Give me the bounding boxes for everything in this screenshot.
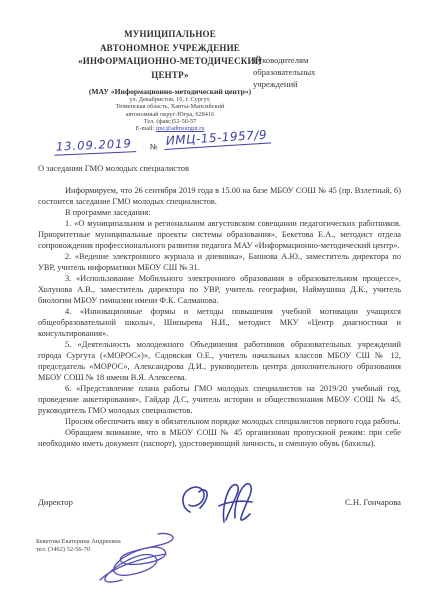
paragraph: Просим обеспечить явку в обязательном по… <box>38 416 401 427</box>
org-address-line: Тюменская область, Ханты-Мансийский <box>30 103 310 110</box>
handwritten-date: 13.09.2019 <box>54 136 136 156</box>
scanned-letter-page: МУНИЦИПАЛЬНОЕ АВТОНОМНОЕ УЧРЕЖДЕНИЕ «ИНФ… <box>0 0 424 599</box>
addressee-line: Руководителям <box>253 54 383 66</box>
paragraph: Информируем, что 26 сентября 2019 года в… <box>38 185 401 207</box>
signer-role: Директор <box>38 497 73 507</box>
agenda-item: 1. «О муниципальном и региональном авгус… <box>38 218 401 251</box>
org-name-line: АВТОНОМНОЕ УЧРЕЖДЕНИЕ <box>30 42 310 56</box>
executor-signature-scribble-icon <box>88 528 188 586</box>
org-phone-line: Тел. (факс)52-56-57 <box>30 118 310 125</box>
agenda-item: 4. «Инновационные формы и методы повышен… <box>38 306 401 339</box>
number-sign: № <box>150 142 158 151</box>
agenda-item: 5. «Деятельность молодежного Объединения… <box>38 339 401 383</box>
subject-line: О заседании ГМО молодых специалистов <box>38 163 400 173</box>
paragraph: В программе заседания: <box>38 207 401 218</box>
signer-name: С.Н. Гончарова <box>345 497 401 507</box>
letter-body: Информируем, что 26 сентября 2019 года в… <box>38 185 401 449</box>
paragraph: Обращаем внимание, что в МБОУ СОШ № 45 о… <box>38 427 401 449</box>
org-name-line: МУНИЦИПАЛЬНОЕ <box>30 28 310 42</box>
email-label: E-mail: <box>136 125 155 132</box>
agenda-item: 6. «Представление плана работы ГМО молод… <box>38 383 401 416</box>
org-address-line: автономный округ-Югра, 628416 <box>30 111 310 118</box>
director-signature-icon <box>172 478 264 528</box>
agenda-item: 3. «Использование Мобильного электронног… <box>38 273 401 306</box>
addressee-block: Руководителям образовательных учреждений <box>253 54 383 91</box>
agenda-item: 2. «Ведение электронного журнала и дневн… <box>38 251 401 273</box>
requisites-line: 13.09.2019 № ИМЦ-15-1957/9 <box>48 131 289 163</box>
org-address-line: ул. Декабристов, 16, г. Сургут, <box>30 96 310 103</box>
addressee-line: учреждений <box>253 78 383 90</box>
addressee-line: образовательных <box>253 66 383 78</box>
